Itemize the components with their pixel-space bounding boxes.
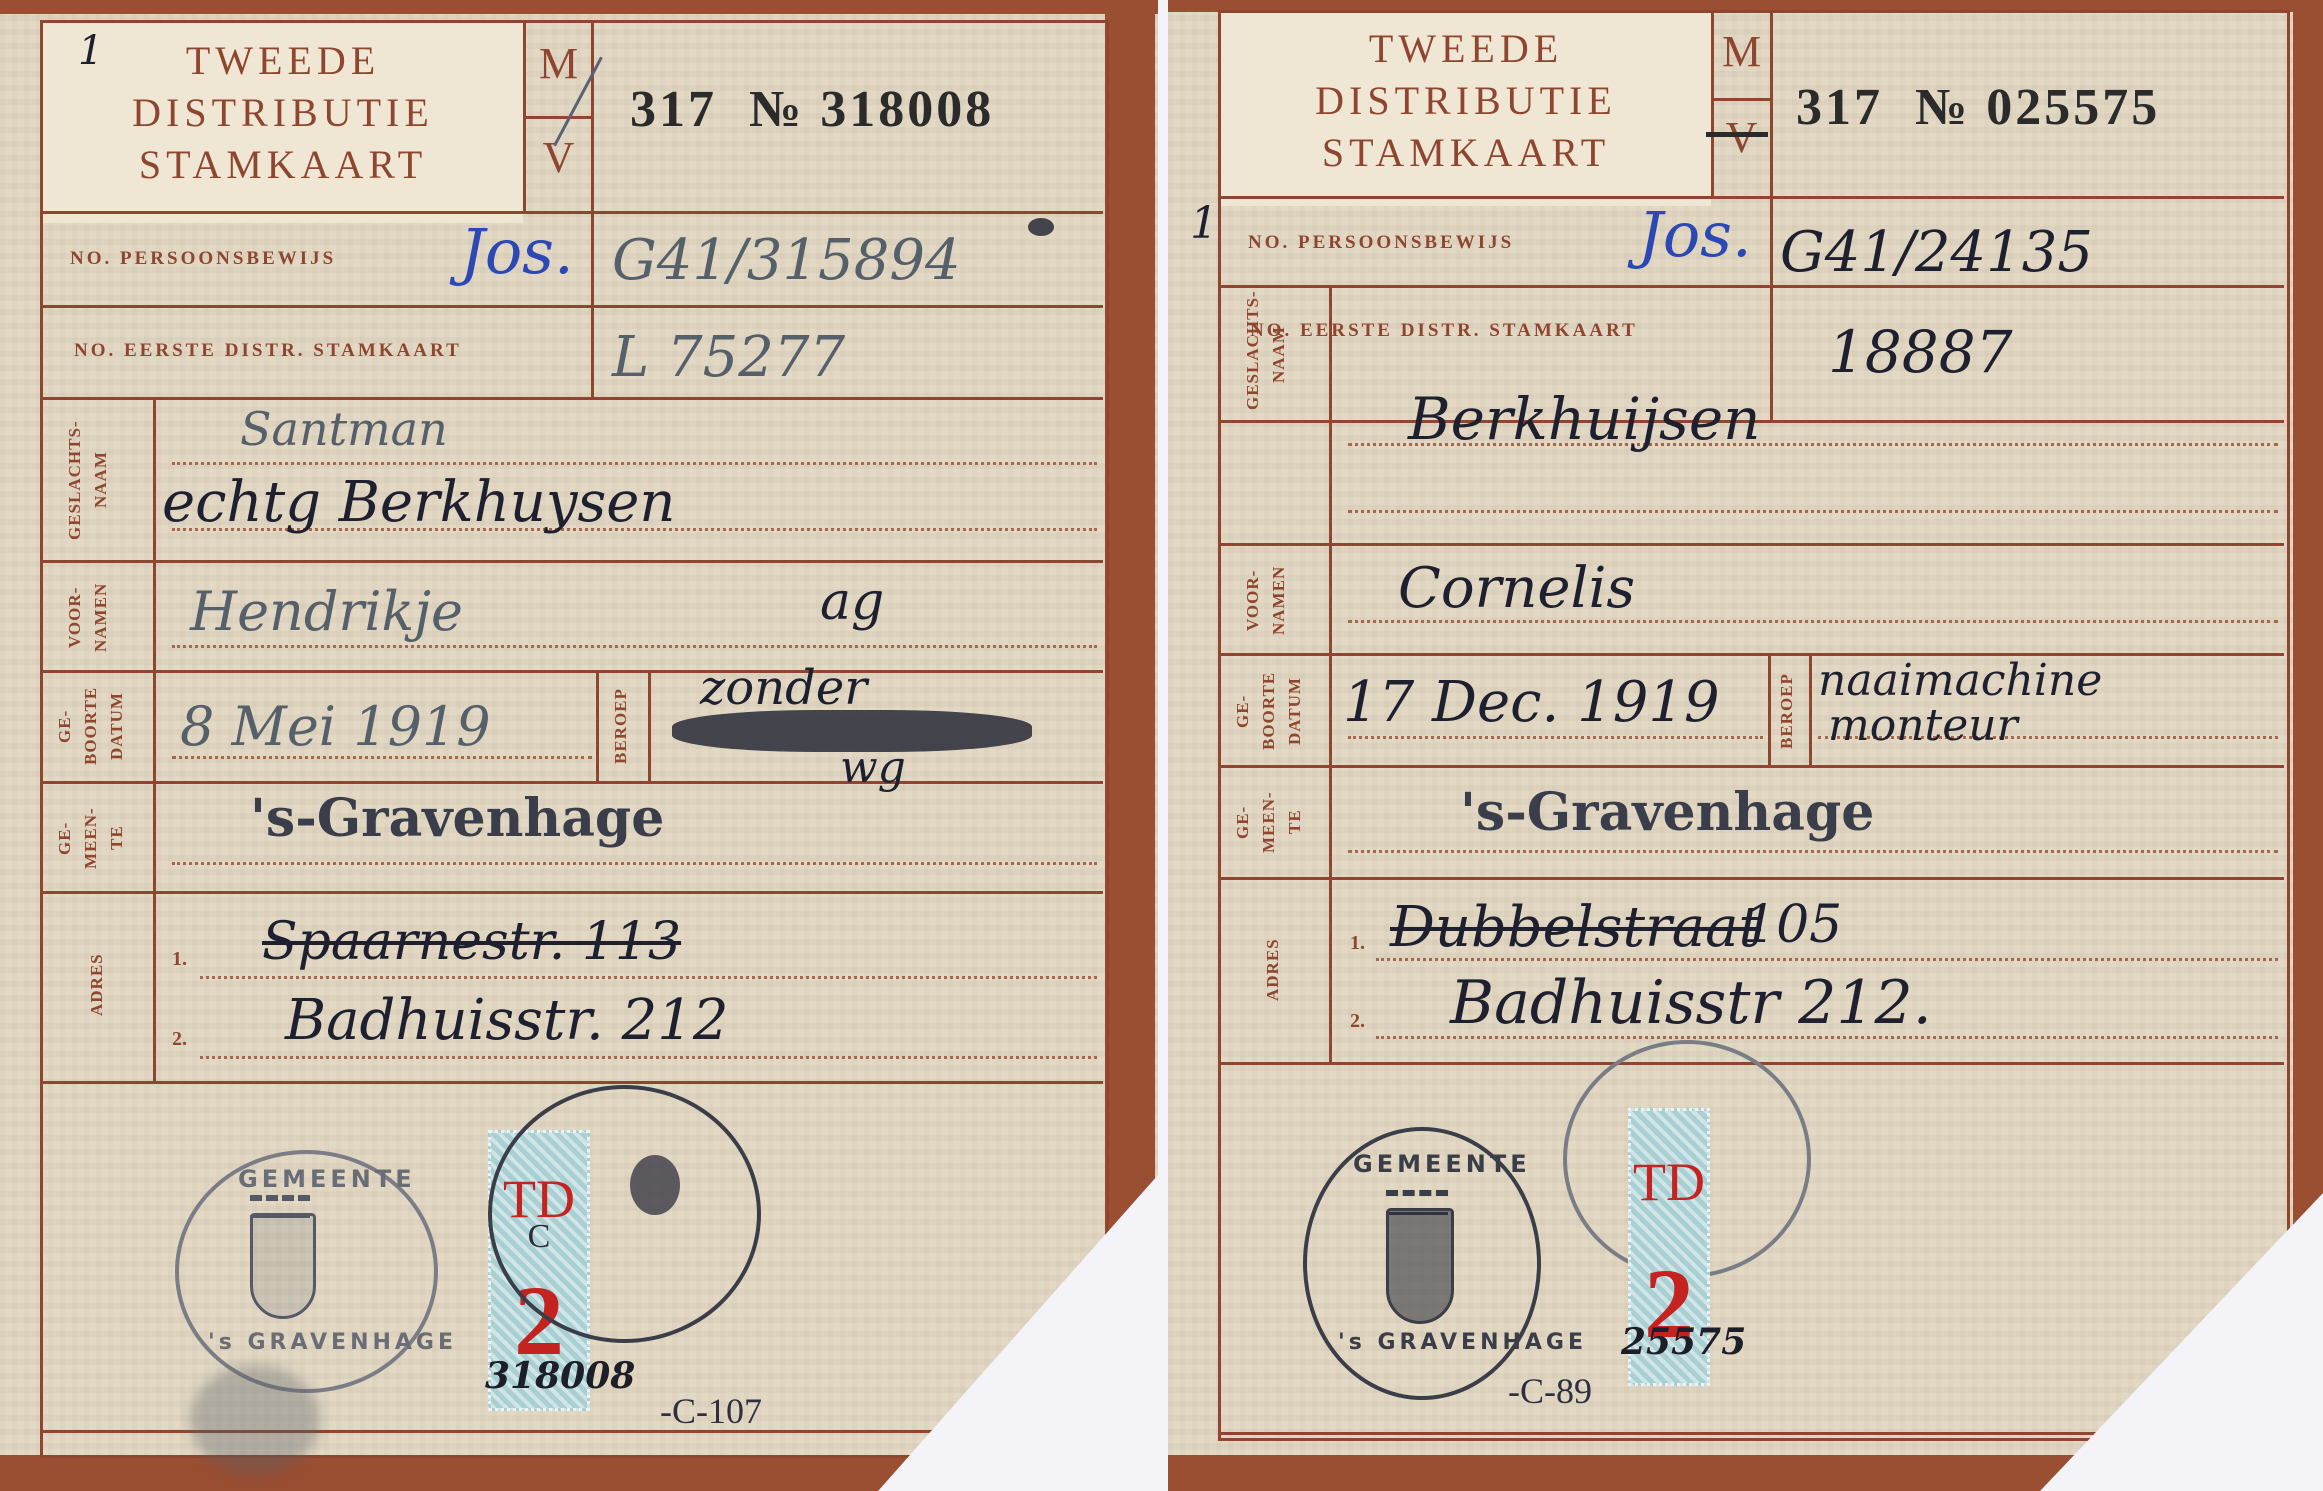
title-line-2: DISTRIBUTIE [1221,75,1711,127]
card-title: TWEEDE DISTRIBUTIE STAMKAART [43,23,523,223]
value-geslachtsnaam: echtg Berkhuysen [162,470,675,535]
municipal-seal-top-text: GEMEENTE [1353,1150,1531,1178]
label-adres: ADRES [84,905,110,1065]
sex-option-v: V [1713,112,1770,163]
value-beroep: zonder [700,660,867,716]
stain [190,1365,320,1475]
label-eerste-stamkaart: NO. EERSTE DISTR. STAMKAART [74,340,462,362]
value-adres-old: Spaarnestr. 113 [262,912,681,972]
value-geslachtsnaam-old: Santman [240,402,448,456]
coat-of-arms-icon [250,1213,316,1319]
label-voornamen: VOOR- NAMEN [1240,555,1292,645]
address-line-1-number: 1. [1350,932,1365,955]
address-line-2-number: 2. [1350,1010,1365,1033]
label-voornamen: VOOR- NAMEN [62,572,114,662]
divider [40,891,1103,894]
dotted-line [1348,510,2278,513]
title-line-3: STAMKAART [1221,127,1711,179]
card-edge-bottom [1168,1455,2323,1491]
value-geboortedatum: 8 Mei 1919 [180,695,491,758]
revenue-stamp-number: 25575 [1621,1321,1717,1363]
card-title: TWEEDE DISTRIBUTIE STAMKAART [1221,13,1711,206]
label-beroep: BEROEP [608,680,634,772]
dotted-line [1348,736,1763,739]
card-serial: 317 № 025575 [1796,78,2160,137]
divider [1218,285,2284,288]
ink-blot [1028,218,1054,236]
municipal-seal-bottom-text: 's GRAVENHAGE [1338,1330,1587,1355]
distribution-seal [488,1085,761,1343]
label-geboortedatum: GE- BOORTE DATUM [52,680,130,772]
dotted-line [1348,850,2278,853]
divider [40,560,1103,563]
divider [1218,653,2284,656]
divider [1218,765,2284,768]
distribution-card-left: TWEEDE DISTRIBUTIE STAMKAART 1 M V 317 №… [0,0,1158,1491]
initials-note: Jos. [460,215,574,288]
divider [1218,1432,2284,1435]
ink-blot [630,1155,680,1215]
card-edge-bottom [0,1455,1158,1491]
label-gemeente: GE- MEEN- TE [52,795,130,881]
divider [1768,653,1771,765]
divider [40,211,1103,214]
value-adres: Badhuisstr 212. [1450,968,1932,1038]
divider [1770,10,1773,420]
sex-strike-mark [1706,132,1768,137]
value-eerste-stamkaart: L 75277 [612,325,845,390]
value-gemeente: 's-Gravenhage [1460,782,1874,843]
divider [1809,653,1812,765]
distribution-card-right: TWEEDE DISTRIBUTIE STAMKAART M V 317 № 0… [1168,0,2323,1491]
dotted-line [172,645,1097,648]
title-line-1: TWEEDE [43,35,523,87]
coat-of-arms-icon [1386,1208,1454,1324]
title-line-1: TWEEDE [1221,23,1711,75]
value-persoonsbewijs: G41/24135 [1780,220,2093,285]
value-persoonsbewijs: G41/315894 [612,228,961,293]
office-code-stamp: -C-89 [1508,1370,1592,1412]
divider [40,305,1103,308]
divider [648,670,651,781]
corner-mark: 1 [1190,198,1218,249]
divider [153,397,156,1081]
divider [40,1081,1103,1084]
title-line-3: STAMKAART [43,139,523,191]
value-voornamen: Hendrikje [190,580,463,643]
beroep-note: wg [840,742,906,793]
value-adres: Badhuisstr. 212 [285,988,729,1053]
value-beroep-line1: naaimachine [1818,655,2102,706]
divider [596,670,599,781]
value-geslachtsnaam: Berkhuijsen [1408,385,1761,453]
revenue-stamp-number: 318008 [485,1355,593,1397]
address-line-2-number: 2. [172,1028,187,1051]
corner-mark: 1 [78,28,103,74]
sex-option-m: M [1713,26,1770,77]
value-geboortedatum: 17 Dec. 1919 [1343,670,1720,735]
voornamen-note: ag [820,572,884,632]
card-edge-top [0,0,1158,14]
title-line-2: DISTRIBUTIE [43,87,523,139]
municipal-seal-bottom-text: 's GRAVENHAGE [208,1330,457,1355]
divider [40,781,1103,784]
label-beroep: BEROEP [1774,665,1800,757]
divider [1218,877,2284,880]
value-gemeente: 's-Gravenhage [250,788,664,849]
divider [40,670,1103,673]
divider [1218,543,2284,546]
label-geslachtsnaam: GESLACHTS- NAAM [62,410,114,550]
label-eerste-stamkaart: NO. EERSTE DISTR. STAMKAART [1250,320,1638,342]
label-gemeente: GE- MEEN- TE [1230,778,1308,866]
office-code-stamp: -C-107 [660,1390,762,1432]
address-line-1-number: 1. [172,948,187,971]
value-beroep-line2: monteur [1828,700,2018,751]
value-adres-old: Dubbelstraat [1390,895,1761,960]
dotted-line [172,462,1097,465]
label-adres: ADRES [1260,890,1286,1050]
value-adres-old-number: 105 [1743,895,1842,955]
sex-option-m: M [526,38,591,89]
divider [523,116,591,119]
card-serial: 317 № 318008 [630,80,994,139]
card-edge-right [1105,0,1155,1491]
label-persoonsbewijs: NO. PERSOONSBEWIJS [70,248,336,270]
divider [1329,285,1332,1062]
divider [40,397,1103,400]
label-geslachtsnaam: GESLACHTS- NAAM [1240,300,1292,410]
initials-note: Jos. [1638,198,1752,271]
dotted-line [200,976,1097,979]
dotted-line [200,1056,1097,1059]
card-edge-right [2293,0,2323,1491]
municipal-seal-top-text: GEMEENTE [238,1165,416,1193]
label-persoonsbewijs: NO. PERSOONSBEWIJS [1248,232,1514,254]
dotted-line [172,862,1097,865]
value-voornamen: Cornelis [1398,556,1635,621]
revenue-stamp: TD 2 25575 [1628,1108,1710,1386]
divider [1711,98,1770,101]
label-geboortedatum: GE- BOORTE DATUM [1230,665,1308,757]
revenue-stamp-letters: TD [1631,1151,1707,1213]
value-eerste-stamkaart: 18887 [1828,318,2013,386]
